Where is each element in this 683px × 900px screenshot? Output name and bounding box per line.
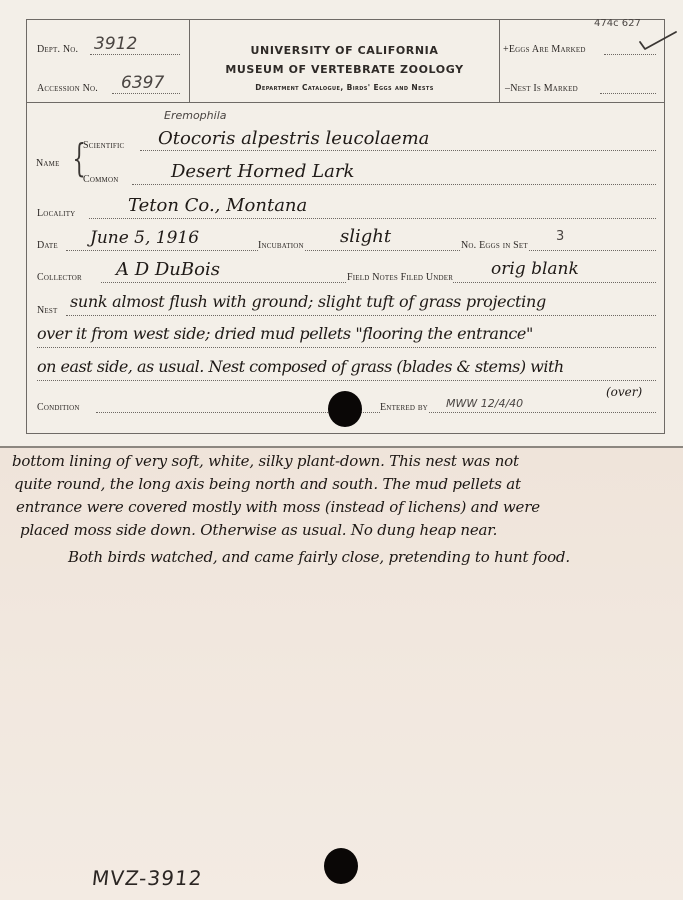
header-divider <box>190 102 499 103</box>
nest-line-3-dots <box>37 380 656 381</box>
scientific-dots <box>140 150 656 151</box>
accession-no-label: Accession No. <box>37 83 98 94</box>
nest-marked-dots <box>600 93 656 94</box>
nest-line-2-dots <box>37 347 656 348</box>
museum-title: MUSEUM OF VERTEBRATE ZOOLOGY <box>190 63 499 76</box>
field-notes-label: Field Notes Filed Under <box>347 272 453 283</box>
field-notes-value: orig blank <box>491 259 579 279</box>
back-line-4: placed moss side down. Otherwise as usua… <box>20 521 497 539</box>
date-value: June 5, 1916 <box>90 228 199 248</box>
dept-no-label: Dept. No. <box>37 44 78 55</box>
accession-no-value: 6397 <box>121 73 164 93</box>
catalogue-card-front: Dept. No. 3912 Accession No. 6397 UNIVER… <box>0 0 683 446</box>
collector-label: Collector <box>37 272 82 283</box>
nest-label: Nest <box>37 305 57 316</box>
entered-by-value: MWW 12/4/40 <box>446 397 523 410</box>
catalog-id: MVZ-3912 <box>91 866 204 890</box>
over-note: (over) <box>606 385 642 399</box>
common-name-value: Desert Horned Lark <box>171 161 354 182</box>
eggs-in-set-label: No. Eggs in Set <box>461 240 528 251</box>
punch-hole-front <box>328 391 362 427</box>
entered-by-label: Entered by <box>380 402 428 413</box>
incubation-label: Incubation <box>258 240 304 251</box>
eggs-in-set-value: 3 <box>556 229 564 244</box>
eggs-marked-label: +Eggs Are Marked <box>503 44 586 55</box>
dept-no-dots <box>90 54 180 55</box>
back-line-5: Both birds watched, and came fairly clos… <box>68 548 570 566</box>
catalogue-subtitle: Department Catalogue, Birds' Eggs and Ne… <box>190 83 499 92</box>
locality-value: Teton Co., Montana <box>128 195 307 216</box>
scientific-genus-correction: Eremophila <box>164 109 227 122</box>
condition-label: Condition <box>37 402 80 413</box>
locality-dots <box>89 218 656 219</box>
condition-row-dots <box>96 412 656 413</box>
locality-label: Locality <box>37 208 75 219</box>
corner-note: 474c 627 <box>594 18 641 29</box>
common-dots <box>132 184 656 185</box>
checkmark-icon <box>638 30 678 52</box>
back-line-3: entrance were covered mostly with moss (… <box>16 498 540 516</box>
common-label: Common <box>83 174 118 185</box>
institution-title: UNIVERSITY OF CALIFORNIA <box>190 44 499 57</box>
date-label: Date <box>37 240 58 251</box>
name-label: Name <box>36 158 60 169</box>
nest-line-3: on east side, as usual. Nest composed of… <box>37 357 564 376</box>
nest-line-1-dots <box>66 315 656 316</box>
accession-no-dots <box>112 93 180 94</box>
scientific-label: Scientific <box>83 140 124 151</box>
eggs-marked-dots <box>604 54 656 55</box>
scientific-name-value: Otocoris alpestris leucolaema <box>158 128 429 149</box>
date-row-dots <box>66 250 656 251</box>
back-line-1: bottom lining of very soft, white, silky… <box>12 452 519 470</box>
collector-value: A D DuBois <box>116 259 220 280</box>
nest-line-2: over it from west side; dried mud pellet… <box>37 324 533 343</box>
back-line-2: quite round, the long axis being north a… <box>14 475 521 493</box>
nest-marked-label: –Nest Is Marked <box>505 83 578 94</box>
incubation-value: slight <box>340 226 391 247</box>
nest-line-1: sunk almost flush with ground; slight tu… <box>70 292 546 311</box>
dept-no-value: 3912 <box>94 34 137 54</box>
punch-hole-back <box>324 848 358 884</box>
